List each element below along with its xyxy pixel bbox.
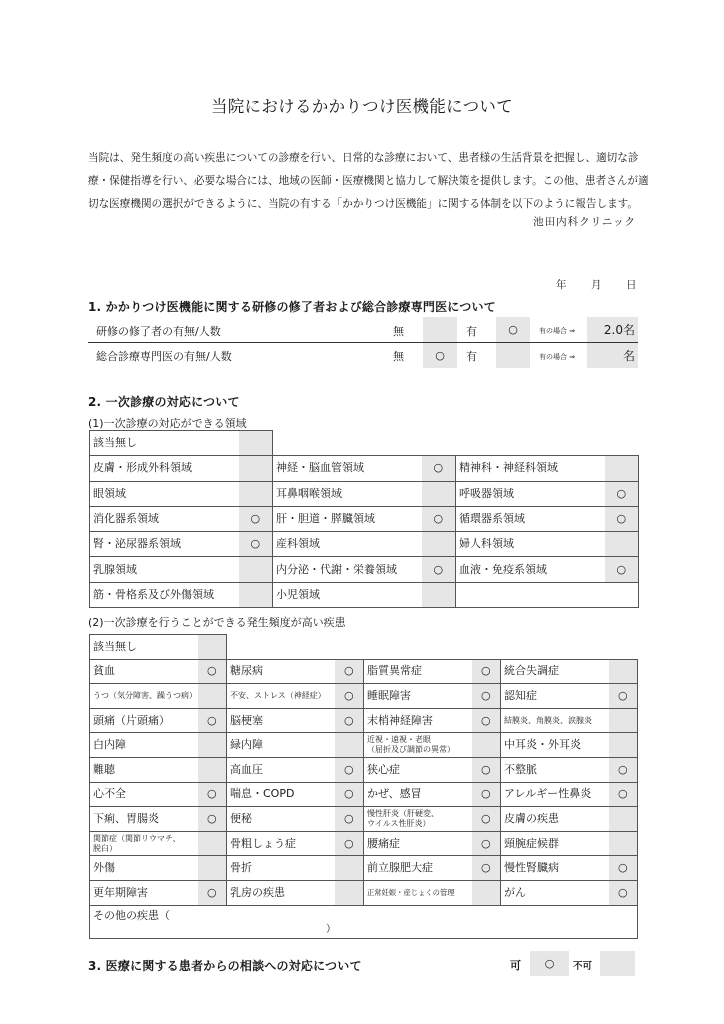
disease-check[interactable]	[609, 708, 638, 733]
disease-check[interactable]: ○	[198, 807, 227, 832]
intro-paragraph: 当院は、発生頻度の高い疾患についての診療を行い、日常的な診療において、患者様の生…	[88, 147, 649, 216]
table-row: 関節症（関節リウマチ、 脱臼） 骨粗しょう症○ 腰痛症○ 頸腕症候群	[90, 831, 638, 856]
table-row: 皮膚・形成外科領域 神経・脳血管領域○ 精神科・神経科領域	[90, 456, 639, 481]
disease-check[interactable]	[198, 733, 227, 758]
disease-check[interactable]	[198, 856, 227, 881]
disease-label: 正常妊娠・産じょくの管理	[364, 880, 472, 905]
intro-line: 当院は、発生頻度の高い疾患についての診療を行い、日常的な診療において、患者様の生…	[88, 147, 649, 170]
area-check[interactable]	[422, 582, 456, 607]
disease-label: 外傷	[90, 856, 198, 881]
disease-none-label: 該当無し	[90, 635, 198, 660]
consult-yes-label: 可	[510, 957, 521, 973]
disease-label: 高血圧	[227, 757, 335, 782]
area-label: 筋・骨格系及び外傷領域	[90, 582, 239, 607]
area-label: 神経・脳血管領域	[273, 456, 422, 481]
area-label: 婦人科領域	[456, 532, 605, 557]
table-row: 下痢、胃腸炎○ 便秘○ 慢性肝炎（肝硬変、 ウイルス性肝炎）○ 皮膚の疾患	[90, 807, 638, 832]
disease-check[interactable]: ○	[472, 856, 501, 881]
other-diseases-close-paren: ）	[326, 924, 336, 935]
disease-check[interactable]: ○	[335, 684, 364, 709]
disease-label: 更年期障害	[90, 880, 198, 905]
disease-label: 関節症（関節リウマチ、 脱臼）	[90, 831, 198, 856]
clinic-name: 池田内科クリニック	[533, 214, 636, 229]
disease-check[interactable]	[609, 831, 638, 856]
disease-check[interactable]	[472, 733, 501, 758]
disease-check[interactable]	[198, 684, 227, 709]
date-year[interactable]: 年	[556, 277, 567, 292]
disease-label: 頸腕症候群	[501, 831, 609, 856]
table-row: 心不全○ 喘息・COPD○ かぜ、感冒○ アレルギー性鼻炎○	[90, 782, 638, 807]
training-no-label: 無	[393, 323, 404, 339]
training-no-check[interactable]	[423, 317, 457, 342]
disease-label: 緑内障	[227, 733, 335, 758]
disease-label: 不安、ストレス（神経症）	[227, 684, 335, 709]
disease-label: 骨粗しょう症	[227, 831, 335, 856]
disease-check[interactable]	[198, 831, 227, 856]
training-if-yes-label: 有の場合 ⇒	[539, 326, 575, 336]
table-row: 貧血○ 糖尿病○ 脂質異常症○ 統合失調症	[90, 659, 638, 684]
disease-label: 頭痛（片頭痛）	[90, 708, 198, 733]
disease-check[interactable]: ○	[335, 757, 364, 782]
areas-subheading: (1)一次診療の対応ができる領域	[88, 415, 247, 431]
specialist-yes-check[interactable]	[496, 343, 530, 368]
area-label: 血液・免疫系領域	[456, 557, 605, 582]
area-check[interactable]: ○	[239, 532, 273, 557]
disease-label: 統合失調症	[501, 659, 609, 684]
area-check[interactable]	[239, 456, 273, 481]
disease-label: 難聴	[90, 757, 198, 782]
area-label: 消化器系領域	[90, 506, 239, 531]
area-label: 腎・泌尿器系領域	[90, 532, 239, 557]
disease-check[interactable]: ○	[472, 782, 501, 807]
intro-line: 療・保健指導を行い、必要な場合には、地域の医師・医療機関と協力して解決策を提供し…	[88, 170, 649, 193]
intro-line: 切な医療機関の選択ができるように、当院の有する「かかりつけ医機能」に関する体制を…	[88, 193, 649, 216]
section1-heading: 1. かかりつけ医機能に関する研修の修了者および総合診療専門医について	[88, 298, 496, 315]
table-row: 難聴 高血圧○ 狭心症○ 不整脈○	[90, 757, 638, 782]
table-row: その他の疾患（ ）	[90, 905, 638, 938]
area-check[interactable]	[605, 456, 639, 481]
disease-label: 白内障	[90, 733, 198, 758]
section1-divider	[88, 342, 638, 343]
table-row: 更年期障害○ 乳房の疾患 正常妊娠・産じょくの管理 がん○	[90, 880, 638, 905]
disease-label: 末梢神経障害	[364, 708, 472, 733]
area-label: 小児領域	[273, 582, 422, 607]
empty-space	[227, 635, 638, 660]
disease-label: 慢性肝炎（肝硬変、 ウイルス性肝炎）	[364, 807, 472, 832]
specialist-count-field[interactable]: 名	[587, 343, 638, 368]
area-check[interactable]	[239, 582, 273, 607]
date-month[interactable]: 月	[591, 277, 602, 292]
disease-check[interactable]: ○	[198, 880, 227, 905]
specialist-label: 総合診療専門医の有無/人数	[96, 348, 232, 364]
training-yes-check[interactable]: ○	[496, 317, 530, 342]
area-check[interactable]: ○	[422, 557, 456, 582]
table-row: 眼領域 耳鼻咽喉領域 呼吸器領域○	[90, 481, 639, 506]
diseases-subheading: (2)一次診療を行うことができる発生頻度が高い疾患	[88, 614, 346, 630]
disease-label: 前立腺肥大症	[364, 856, 472, 881]
disease-label: 貧血	[90, 659, 198, 684]
training-completed-label: 研修の修了者の有無/人数	[96, 323, 221, 339]
disease-check[interactable]: ○	[472, 831, 501, 856]
specialist-yes-label: 有	[466, 348, 477, 364]
disease-check[interactable]: ○	[335, 782, 364, 807]
area-none-check[interactable]	[239, 431, 273, 456]
area-none-label: 該当無し	[90, 431, 239, 456]
disease-check[interactable]	[335, 856, 364, 881]
disease-check[interactable]	[609, 733, 638, 758]
specialist-if-yes-label: 有の場合 ⇒	[539, 352, 575, 362]
disease-check[interactable]: ○	[609, 757, 638, 782]
area-label: 精神科・神経科領域	[456, 456, 605, 481]
disease-check[interactable]: ○	[335, 807, 364, 832]
disease-check[interactable]: ○	[609, 782, 638, 807]
area-check[interactable]: ○	[605, 481, 639, 506]
disease-label: 脂質異常症	[364, 659, 472, 684]
disease-label: 不整脈	[501, 757, 609, 782]
empty-cell	[456, 582, 639, 607]
consult-yes-check[interactable]: ○	[530, 951, 569, 976]
other-diseases-label: その他の疾患（	[93, 910, 170, 922]
table-row: 該当無し	[90, 635, 638, 660]
table-row: 腎・泌尿器系領域○ 産科領域 婦人科領域	[90, 532, 639, 557]
section3-heading: 3. 医療に関する患者からの相談への対応について	[88, 957, 362, 974]
disease-label: 下痢、胃腸炎	[90, 807, 198, 832]
disease-check[interactable]: ○	[335, 831, 364, 856]
area-label: 耳鼻咽喉領域	[273, 481, 422, 506]
disease-label: 皮膚の疾患	[501, 807, 609, 832]
disease-label: 脳梗塞	[227, 708, 335, 733]
specialist-no-label: 無	[393, 348, 404, 364]
other-diseases-cell[interactable]: その他の疾患（ ）	[90, 905, 638, 938]
disease-label: 骨折	[227, 856, 335, 881]
table-row: 該当無し	[90, 431, 639, 456]
table-row: 乳腺領域 内分泌・代謝・栄養領域○ 血液・免疫系領域○	[90, 557, 639, 582]
disease-check[interactable]: ○	[472, 684, 501, 709]
disease-label: 狭心症	[364, 757, 472, 782]
area-label: 呼吸器領域	[456, 481, 605, 506]
disease-label: 近視・遠視・老眼 （屈折及び調節の異常）	[364, 733, 472, 758]
disease-check[interactable]	[335, 733, 364, 758]
disease-label: 認知症	[501, 684, 609, 709]
table-row: 消化器系領域○ 肝・胆道・膵臓領域○ 循環器系領域○	[90, 506, 639, 531]
disease-none-check[interactable]	[198, 635, 227, 660]
section2-heading: 2. 一次診療の対応について	[88, 393, 240, 410]
disease-label: 慢性腎臓病	[501, 856, 609, 881]
disease-label: 腰痛症	[364, 831, 472, 856]
table-row: 外傷 骨折 前立腺肥大症○ 慢性腎臓病○	[90, 856, 638, 881]
disease-check[interactable]: ○	[198, 659, 227, 684]
area-label: 眼領域	[90, 481, 239, 506]
area-check[interactable]: ○	[605, 557, 639, 582]
empty-space	[273, 431, 639, 456]
disease-check[interactable]: ○	[472, 757, 501, 782]
area-check[interactable]: ○	[605, 506, 639, 531]
area-check[interactable]: ○	[422, 456, 456, 481]
disease-label: 結膜炎、角膜炎、涙腺炎	[501, 708, 609, 733]
disease-check[interactable]: ○	[472, 807, 501, 832]
disease-label: うつ（気分障害、躁うつ病）	[90, 684, 198, 709]
area-check[interactable]: ○	[422, 506, 456, 531]
specialist-no-check[interactable]: ○	[423, 343, 457, 368]
consult-no-check[interactable]	[600, 951, 635, 976]
table-row: 白内障 緑内障 近視・遠視・老眼 （屈折及び調節の異常） 中耳炎・外耳炎	[90, 733, 638, 758]
consult-no-label: 不可	[573, 958, 592, 972]
disease-label: 心不全	[90, 782, 198, 807]
table-row: 頭痛（片頭痛）○ 脳梗塞○ 末梢神経障害○ 結膜炎、角膜炎、涙腺炎	[90, 708, 638, 733]
areas-table: 該当無し 皮膚・形成外科領域 神経・脳血管領域○ 精神科・神経科領域 眼領域 耳…	[89, 430, 639, 608]
disease-label: 便秘	[227, 807, 335, 832]
area-check[interactable]	[239, 481, 273, 506]
page-title: 当院におけるかかりつけ医機能について	[0, 93, 724, 117]
disease-label: アレルギー性鼻炎	[501, 782, 609, 807]
area-check[interactable]	[422, 532, 456, 557]
area-check[interactable]	[239, 557, 273, 582]
disease-check[interactable]: ○	[609, 856, 638, 881]
area-label: 産科領域	[273, 532, 422, 557]
disease-check[interactable]	[609, 807, 638, 832]
area-label: 内分泌・代謝・栄養領域	[273, 557, 422, 582]
disease-check[interactable]: ○	[472, 708, 501, 733]
table-row: うつ（気分障害、躁うつ病） 不安、ストレス（神経症）○ 睡眠障害○ 認知症○	[90, 684, 638, 709]
training-count-field[interactable]: 2.0名	[587, 317, 638, 342]
area-check[interactable]: ○	[239, 506, 273, 531]
date-day[interactable]: 日	[626, 277, 637, 292]
area-check[interactable]	[605, 532, 639, 557]
disease-check[interactable]: ○	[335, 708, 364, 733]
area-label: 循環器系領域	[456, 506, 605, 531]
disease-label: 睡眠障害	[364, 684, 472, 709]
disease-check[interactable]: ○	[472, 659, 501, 684]
disease-check[interactable]: ○	[609, 880, 638, 905]
disease-check[interactable]	[472, 880, 501, 905]
area-label: 皮膚・形成外科領域	[90, 456, 239, 481]
disease-label: かぜ、感冒	[364, 782, 472, 807]
disease-check[interactable]: ○	[198, 782, 227, 807]
disease-check[interactable]	[335, 880, 364, 905]
disease-check[interactable]: ○	[335, 659, 364, 684]
area-label: 乳腺領域	[90, 557, 239, 582]
disease-check[interactable]: ○	[198, 708, 227, 733]
training-yes-label: 有	[466, 323, 477, 339]
area-label: 肝・胆道・膵臓領域	[273, 506, 422, 531]
disease-label: 糖尿病	[227, 659, 335, 684]
disease-label: 喘息・COPD	[227, 782, 335, 807]
area-check[interactable]	[422, 481, 456, 506]
table-row: 筋・骨格系及び外傷領域 小児領域	[90, 582, 639, 607]
disease-check[interactable]	[198, 757, 227, 782]
disease-check[interactable]	[609, 659, 638, 684]
disease-label: がん	[501, 880, 609, 905]
disease-label: 乳房の疾患	[227, 880, 335, 905]
diseases-table: 該当無し 貧血○ 糖尿病○ 脂質異常症○ 統合失調症 うつ（気分障害、躁うつ病）…	[89, 634, 638, 939]
disease-check[interactable]: ○	[609, 684, 638, 709]
disease-label: 中耳炎・外耳炎	[501, 733, 609, 758]
